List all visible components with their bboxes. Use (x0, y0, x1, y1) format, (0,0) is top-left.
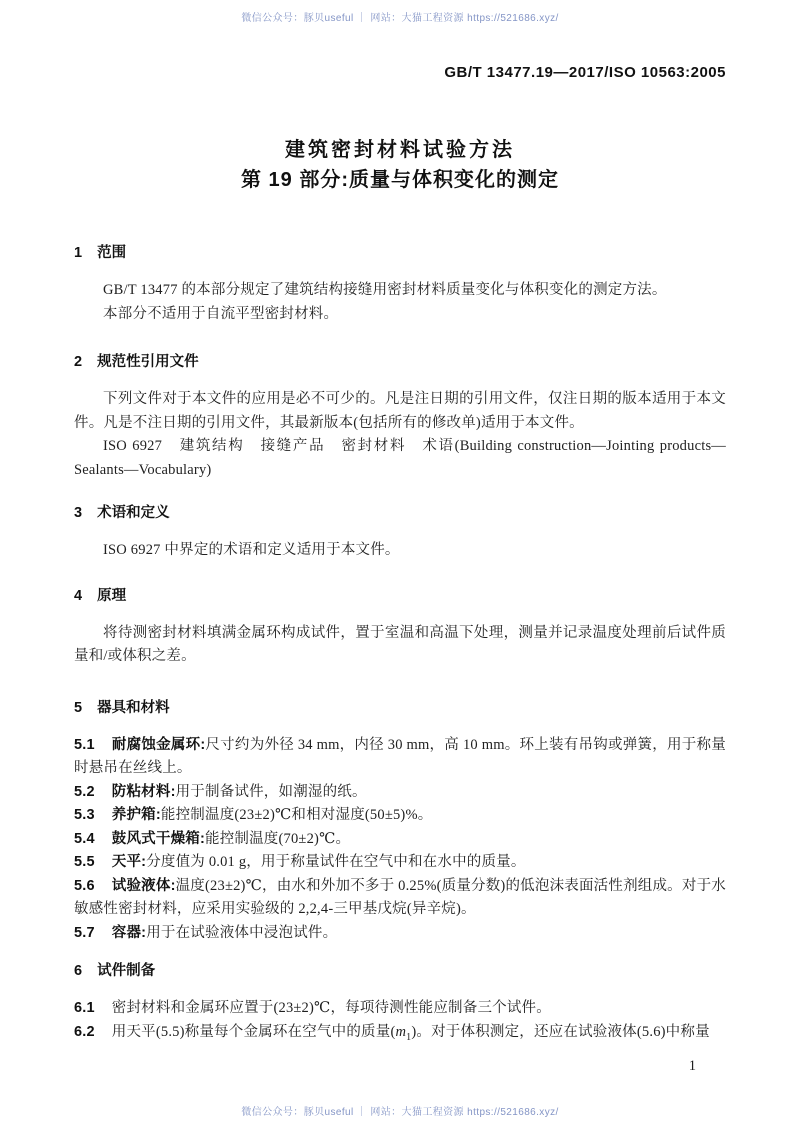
clause-text: )。对于体积测定，还应在试验液体(5.6)中称量 (411, 1024, 709, 1040)
page-content: GB/T 13477.19—2017/ISO 10563:2005 建筑密封材料… (74, 0, 726, 1076)
clause-text: 用天平(5.5)称量每个金属环在空气中的质量( (112, 1024, 396, 1040)
clause-5-7: 5.7容器:用于在试验液体中浸泡试件。 (74, 922, 726, 946)
clause-text: 用于制备试件，如潮湿的纸。 (176, 784, 367, 800)
clause-5-5: 5.5天平:分度值为 0.01 g，用于称量试件在空气中和在水中的质量。 (74, 851, 726, 875)
clause-text: 密封材料和金属环应置于(23±2)℃，每项待测性能应制备三个试件。 (112, 1000, 551, 1016)
clause-term: 试验液体: (112, 878, 176, 894)
clause-number: 5.5 (74, 854, 95, 870)
section-2-title: 规范性引用文件 (97, 354, 199, 370)
clause-term: 养护箱: (112, 807, 161, 823)
section-3-number: 3 (74, 505, 82, 521)
section-6-body: 6.1密封材料和金属环应置于(23±2)℃，每项待测性能应制备三个试件。 6.2… (74, 997, 726, 1049)
section-1-body: GB/T 13477 的本部分规定了建筑结构接缝用密封材料质量变化与体积变化的测… (74, 279, 726, 326)
section-6-number: 6 (74, 963, 82, 979)
section-2-heading: 2规范性引用文件 (74, 350, 726, 374)
title-line-1: 建筑密封材料试验方法 (74, 135, 726, 165)
clause-number: 6.2 (74, 1024, 95, 1040)
clause-5-1: 5.1耐腐蚀金属环:尺寸约为外径 34 mm，内径 30 mm，高 10 mm。… (74, 734, 726, 781)
clause-term: 天平: (112, 854, 146, 870)
clause-5-4: 5.4鼓风式干燥箱:能控制温度(70±2)℃。 (74, 828, 726, 852)
paragraph: ISO 6927 建筑结构 接缝产品 密封材料 术语(Building cons… (74, 435, 726, 482)
clause-5-2: 5.2防粘材料:用于制备试件，如潮湿的纸。 (74, 781, 726, 805)
section-3-body: ISO 6927 中界定的术语和定义适用于本文件。 (74, 539, 726, 563)
section-2-number: 2 (74, 354, 82, 370)
clause-text: 能控制温度(70±2)℃。 (205, 831, 350, 847)
paragraph: 下列文件对于本文件的应用是必不可少的。凡是注日期的引用文件，仅注日期的版本适用于… (74, 388, 726, 435)
section-6-heading: 6试件制备 (74, 959, 726, 983)
clause-number: 5.7 (74, 925, 95, 941)
section-3-title: 术语和定义 (97, 505, 170, 521)
section-4-body: 将待测密封材料填满金属环构成试件，置于室温和高温下处理，测量并记录温度处理前后试… (74, 622, 726, 669)
paragraph: GB/T 13477 的本部分规定了建筑结构接缝用密封材料质量变化与体积变化的测… (74, 279, 726, 303)
section-1-heading: 1范围 (74, 241, 726, 265)
clause-5-3: 5.3养护箱:能控制温度(23±2)℃和相对湿度(50±5)%。 (74, 804, 726, 828)
standard-code: GB/T 13477.19—2017/ISO 10563:2005 (74, 63, 726, 83)
clause-number: 5.1 (74, 737, 95, 753)
section-2-body: 下列文件对于本文件的应用是必不可少的。凡是注日期的引用文件，仅注日期的版本适用于… (74, 388, 726, 482)
clause-number: 5.2 (74, 784, 95, 800)
clause-term: 鼓风式干燥箱: (112, 831, 205, 847)
clause-6-2: 6.2用天平(5.5)称量每个金属环在空气中的质量(m1)。对于体积测定，还应在… (74, 1021, 726, 1049)
paragraph: 本部分不适用于自流平型密封材料。 (74, 303, 726, 327)
clause-term: 防粘材料: (112, 784, 176, 800)
footer-watermark: 微信公众号：豚贝useful ｜ 网站：大猫工程资源 https://52168… (0, 1103, 800, 1118)
title-line-2: 第 19 部分:质量与体积变化的测定 (74, 165, 726, 195)
clause-number: 5.4 (74, 831, 95, 847)
section-1-number: 1 (74, 245, 82, 261)
section-6-title: 试件制备 (97, 963, 155, 979)
section-5-heading: 5器具和材料 (74, 696, 726, 720)
section-5-title: 器具和材料 (97, 700, 170, 716)
clause-number: 6.1 (74, 1000, 95, 1016)
document-title: 建筑密封材料试验方法 第 19 部分:质量与体积变化的测定 (74, 135, 726, 195)
clause-text: 分度值为 0.01 g，用于称量试件在空气中和在水中的质量。 (146, 854, 525, 870)
section-1-title: 范围 (97, 245, 126, 261)
paragraph: 将待测密封材料填满金属环构成试件，置于室温和高温下处理，测量并记录温度处理前后试… (74, 622, 726, 669)
document-page: 微信公众号：豚贝useful ｜ 网站：大猫工程资源 https://52168… (0, 0, 800, 1131)
section-5-number: 5 (74, 700, 82, 716)
variable-m: m (395, 1024, 406, 1040)
clause-text: 用于在试验液体中浸泡试件。 (146, 925, 337, 941)
section-4-number: 4 (74, 588, 82, 604)
page-number: 1 (74, 1056, 726, 1076)
section-3-heading: 3术语和定义 (74, 501, 726, 525)
clause-number: 5.3 (74, 807, 95, 823)
clause-term: 容器: (112, 925, 146, 941)
clause-text: 能控制温度(23±2)℃和相对湿度(50±5)%。 (161, 807, 433, 823)
section-4-heading: 4原理 (74, 584, 726, 608)
clause-5-6: 5.6试验液体:温度(23±2)℃，由水和外加不多于 0.25%(质量分数)的低… (74, 875, 726, 922)
paragraph: ISO 6927 中界定的术语和定义适用于本文件。 (74, 539, 726, 563)
section-4-title: 原理 (97, 588, 126, 604)
clause-6-1: 6.1密封材料和金属环应置于(23±2)℃，每项待测性能应制备三个试件。 (74, 997, 726, 1021)
section-5-body: 5.1耐腐蚀金属环:尺寸约为外径 34 mm，内径 30 mm，高 10 mm。… (74, 734, 726, 946)
clause-number: 5.6 (74, 878, 95, 894)
clause-term: 耐腐蚀金属环: (112, 737, 206, 753)
